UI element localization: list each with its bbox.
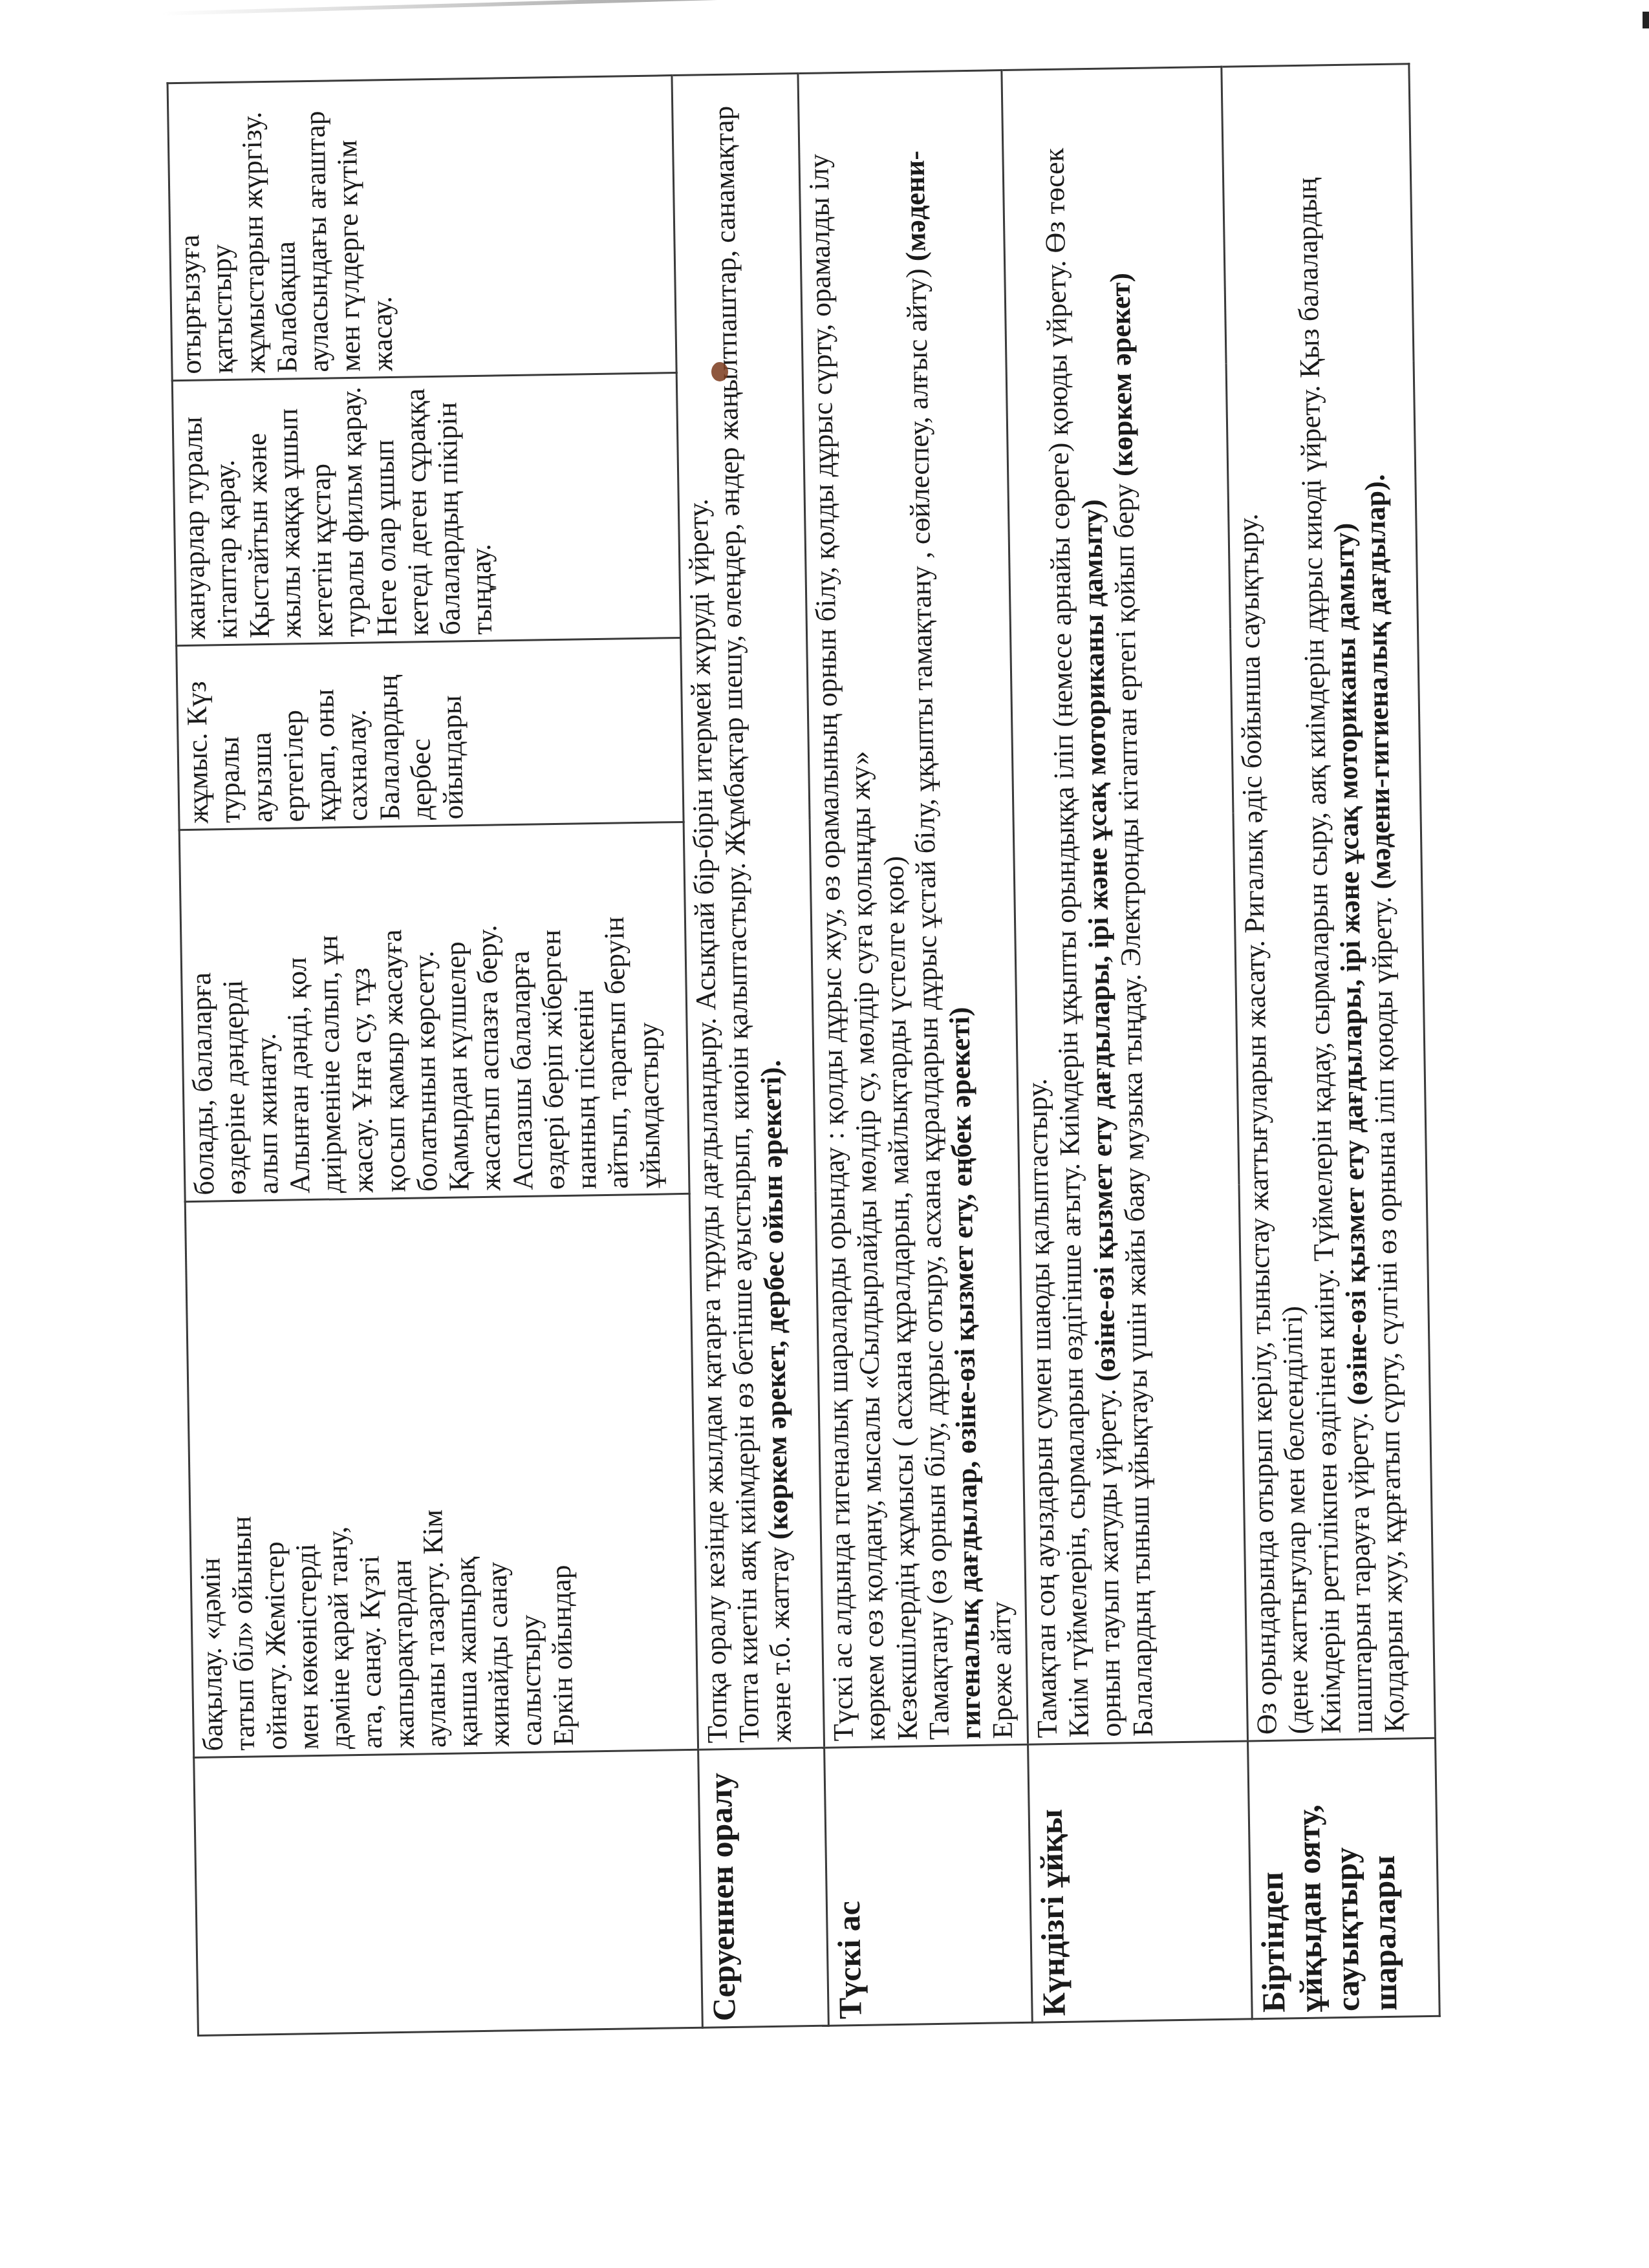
row-content: Тамақтан соң ауыздарын сумен шаюды қалып… <box>1002 67 1248 1744</box>
row-content: Түскі ас алдында гигеналық шараларды оры… <box>798 70 1028 1748</box>
cell-line: жануарлар туралы <box>176 386 211 639</box>
walk-cell-tales: жұмыс. Күз туралыауызша ертегілерқұрап, … <box>177 637 684 829</box>
cell-line: ойындары <box>435 647 469 820</box>
cell-line: қосып қамыр жасауға <box>374 833 411 1193</box>
cell-line: алып жинату. <box>246 835 284 1195</box>
walk-cell-grain: болады, балаларғаөздеріне дәндердіалып ж… <box>179 822 689 1201</box>
cell-line: тыңдау. <box>462 381 498 635</box>
cell-line: Қыстайтын және <box>239 385 275 639</box>
walk-cell-birds: жануарлар туралыкітаптар қарау.Қыстайтын… <box>172 373 680 646</box>
cell-line: балалардың пікірін <box>431 382 466 636</box>
row-label-empty <box>194 1749 703 2035</box>
rotated-document-page: бақылау. «дәмінтатып біл» ойынынойнату. … <box>167 65 1439 2037</box>
cell-line: жұмыстарын жүргізу. <box>235 88 271 374</box>
cell-line: ауызша ертегілер <box>244 650 310 823</box>
walk-cell-planting: отырғызуғақатыстыружұмыстарын жүргізу.Ба… <box>167 76 676 381</box>
cell-line: туралы фильм қарау. <box>335 384 371 637</box>
cell-line: жасау. Ұнға су, тұз <box>342 833 380 1193</box>
activity-type-note: (көркем әрекет, дербес ойын әрекеті). <box>755 1060 794 1540</box>
cell-line: Қамырдан күлшелер <box>438 831 475 1192</box>
cell-line: құрап, оны сахналау. <box>307 649 374 822</box>
row-content: Өз орындарында отырып керілу, тыныстау ж… <box>1222 64 1436 1741</box>
cell-line: мен гүлдерге күтім <box>330 87 367 372</box>
daily-plan-table: бақылау. «дәмінтатып біл» ойынынойнату. … <box>167 63 1441 2037</box>
activity-type-note: (көркем әрекет) <box>1104 273 1139 477</box>
cell-line: болады, балаларға <box>183 835 221 1195</box>
scanner-edge-artifact <box>162 0 1519 16</box>
table-row-nap: Күндізгі ұйқы Тамақтан соң ауыздарын сум… <box>1002 67 1252 2022</box>
cell-line: болатынын көрсету. <box>406 832 444 1192</box>
cell-line: Балабақша <box>266 87 303 373</box>
cell-line: жасау. <box>362 86 398 372</box>
cell-line: Аспазшы балаларға <box>501 831 539 1191</box>
cell-line: өздері беріп жіберген <box>533 830 571 1190</box>
cell-line: кететін құстар <box>303 384 339 637</box>
cell-line: жылы жаққа ұшып <box>272 385 307 638</box>
walk-cell-observation: бақылау. «дәмінтатып біл» ойынынойнату. … <box>185 1193 698 1757</box>
cell-line: қатыстыру <box>203 89 239 374</box>
cell-line: Алынған дәнді, қол <box>279 834 316 1194</box>
row-label: Біртіндеп ұйқыдан ояту, сауықтыру шарала… <box>1248 1738 1440 2019</box>
table-row-wake-up: Біртіндеп ұйқыдан ояту, сауықтыру шарала… <box>1222 64 1439 2019</box>
walk-continuation-row: бақылау. «дәмінтатып біл» ойынынойнату. … <box>167 76 702 2036</box>
cell-line: диірменіне салып, ұн <box>310 833 348 1193</box>
cell-line: Неге олар ұшып <box>367 383 402 637</box>
cell-line: кетеді деген сұраққа <box>399 383 435 636</box>
cell-line: жұмыс. Күз туралы <box>180 651 246 824</box>
cell-line: өздеріне дәндерді <box>215 835 252 1195</box>
cell-line: кітаптар қарау. <box>208 386 243 639</box>
paper-stain <box>711 362 728 381</box>
activity-type-note: (мәдени-гигиеналық дағдылар). <box>1359 474 1397 890</box>
cell-line: отырғызуға <box>171 89 208 374</box>
row-label: Күндізгі ұйқы <box>1028 1741 1253 2022</box>
cell-line: жасатып аспазға беру. <box>469 831 507 1191</box>
cell-line: Балалардың дербес <box>371 648 438 821</box>
row-label: Серуеннен оралу <box>698 1748 829 2027</box>
table-row-lunch: Түскі ас Түскі ас алдында гигеналық шара… <box>798 70 1032 2026</box>
cell-line: ауласындағы ағаштар <box>299 87 335 372</box>
cell-line: нанның піскенін <box>565 829 603 1190</box>
row-label: Түскі ас <box>824 1744 1033 2026</box>
cell-line: айтып, таратып беруін <box>597 829 634 1189</box>
cell-line: ұйымдастыру <box>629 829 666 1189</box>
scanner-corner-artifact <box>1643 12 1649 28</box>
